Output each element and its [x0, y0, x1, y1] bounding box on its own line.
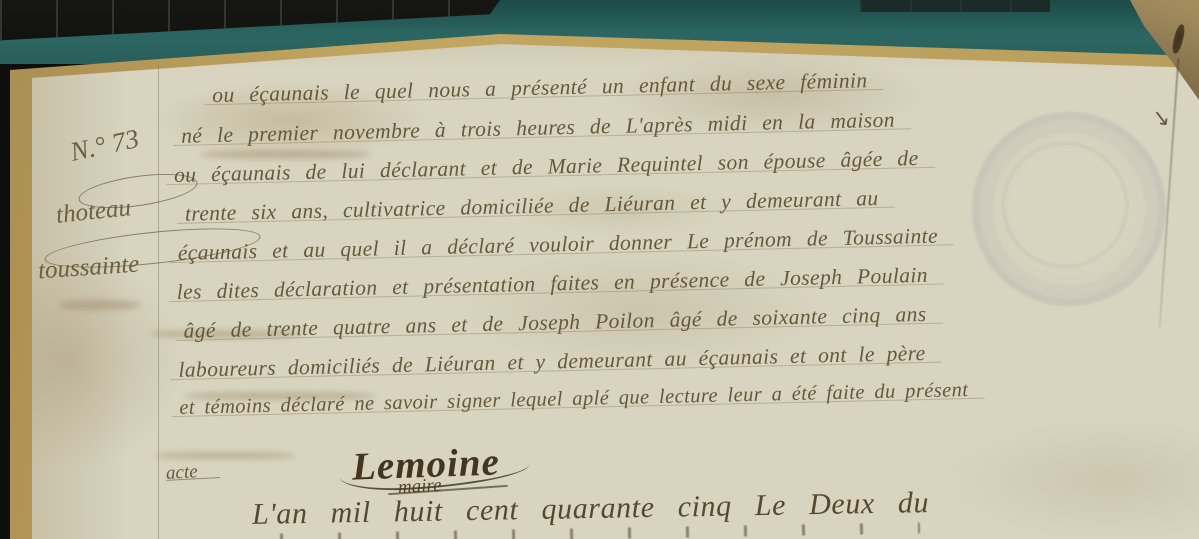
- ink-bleedthrough: [155, 452, 295, 459]
- body-line-6: les dites déclaration et présentation fa…: [176, 263, 928, 305]
- act-body-text: ou éçaunais le quel nous a présenté un e…: [172, 61, 1180, 454]
- closing-word: acte: [165, 461, 198, 485]
- scanner-background-tiles-right: [860, 0, 1050, 12]
- body-line-4: trente six ans, cultivatrice domiciliée …: [185, 186, 879, 227]
- ink-bleedthrough: [60, 300, 140, 310]
- body-line-5: éçaunais et au quel il a déclaré vouloir…: [178, 224, 939, 266]
- body-line-9: et témoins déclaré ne savoir signer lequ…: [179, 379, 968, 420]
- margin-fold-line: [158, 66, 159, 539]
- body-line-3: ou éçaunais de lui déclarant et de Marie…: [174, 146, 919, 188]
- body-line-2: né le premier novembre à trois heures de…: [181, 108, 895, 149]
- body-line-7: âgé de trente quatre ans et de Joseph Po…: [183, 302, 926, 344]
- body-line-8: laboureurs domiciliés de Liéuran et y de…: [178, 341, 926, 383]
- register-page-scan: ↘ N.° 73 thoteau toussainte ou éçaunais …: [0, 0, 1199, 539]
